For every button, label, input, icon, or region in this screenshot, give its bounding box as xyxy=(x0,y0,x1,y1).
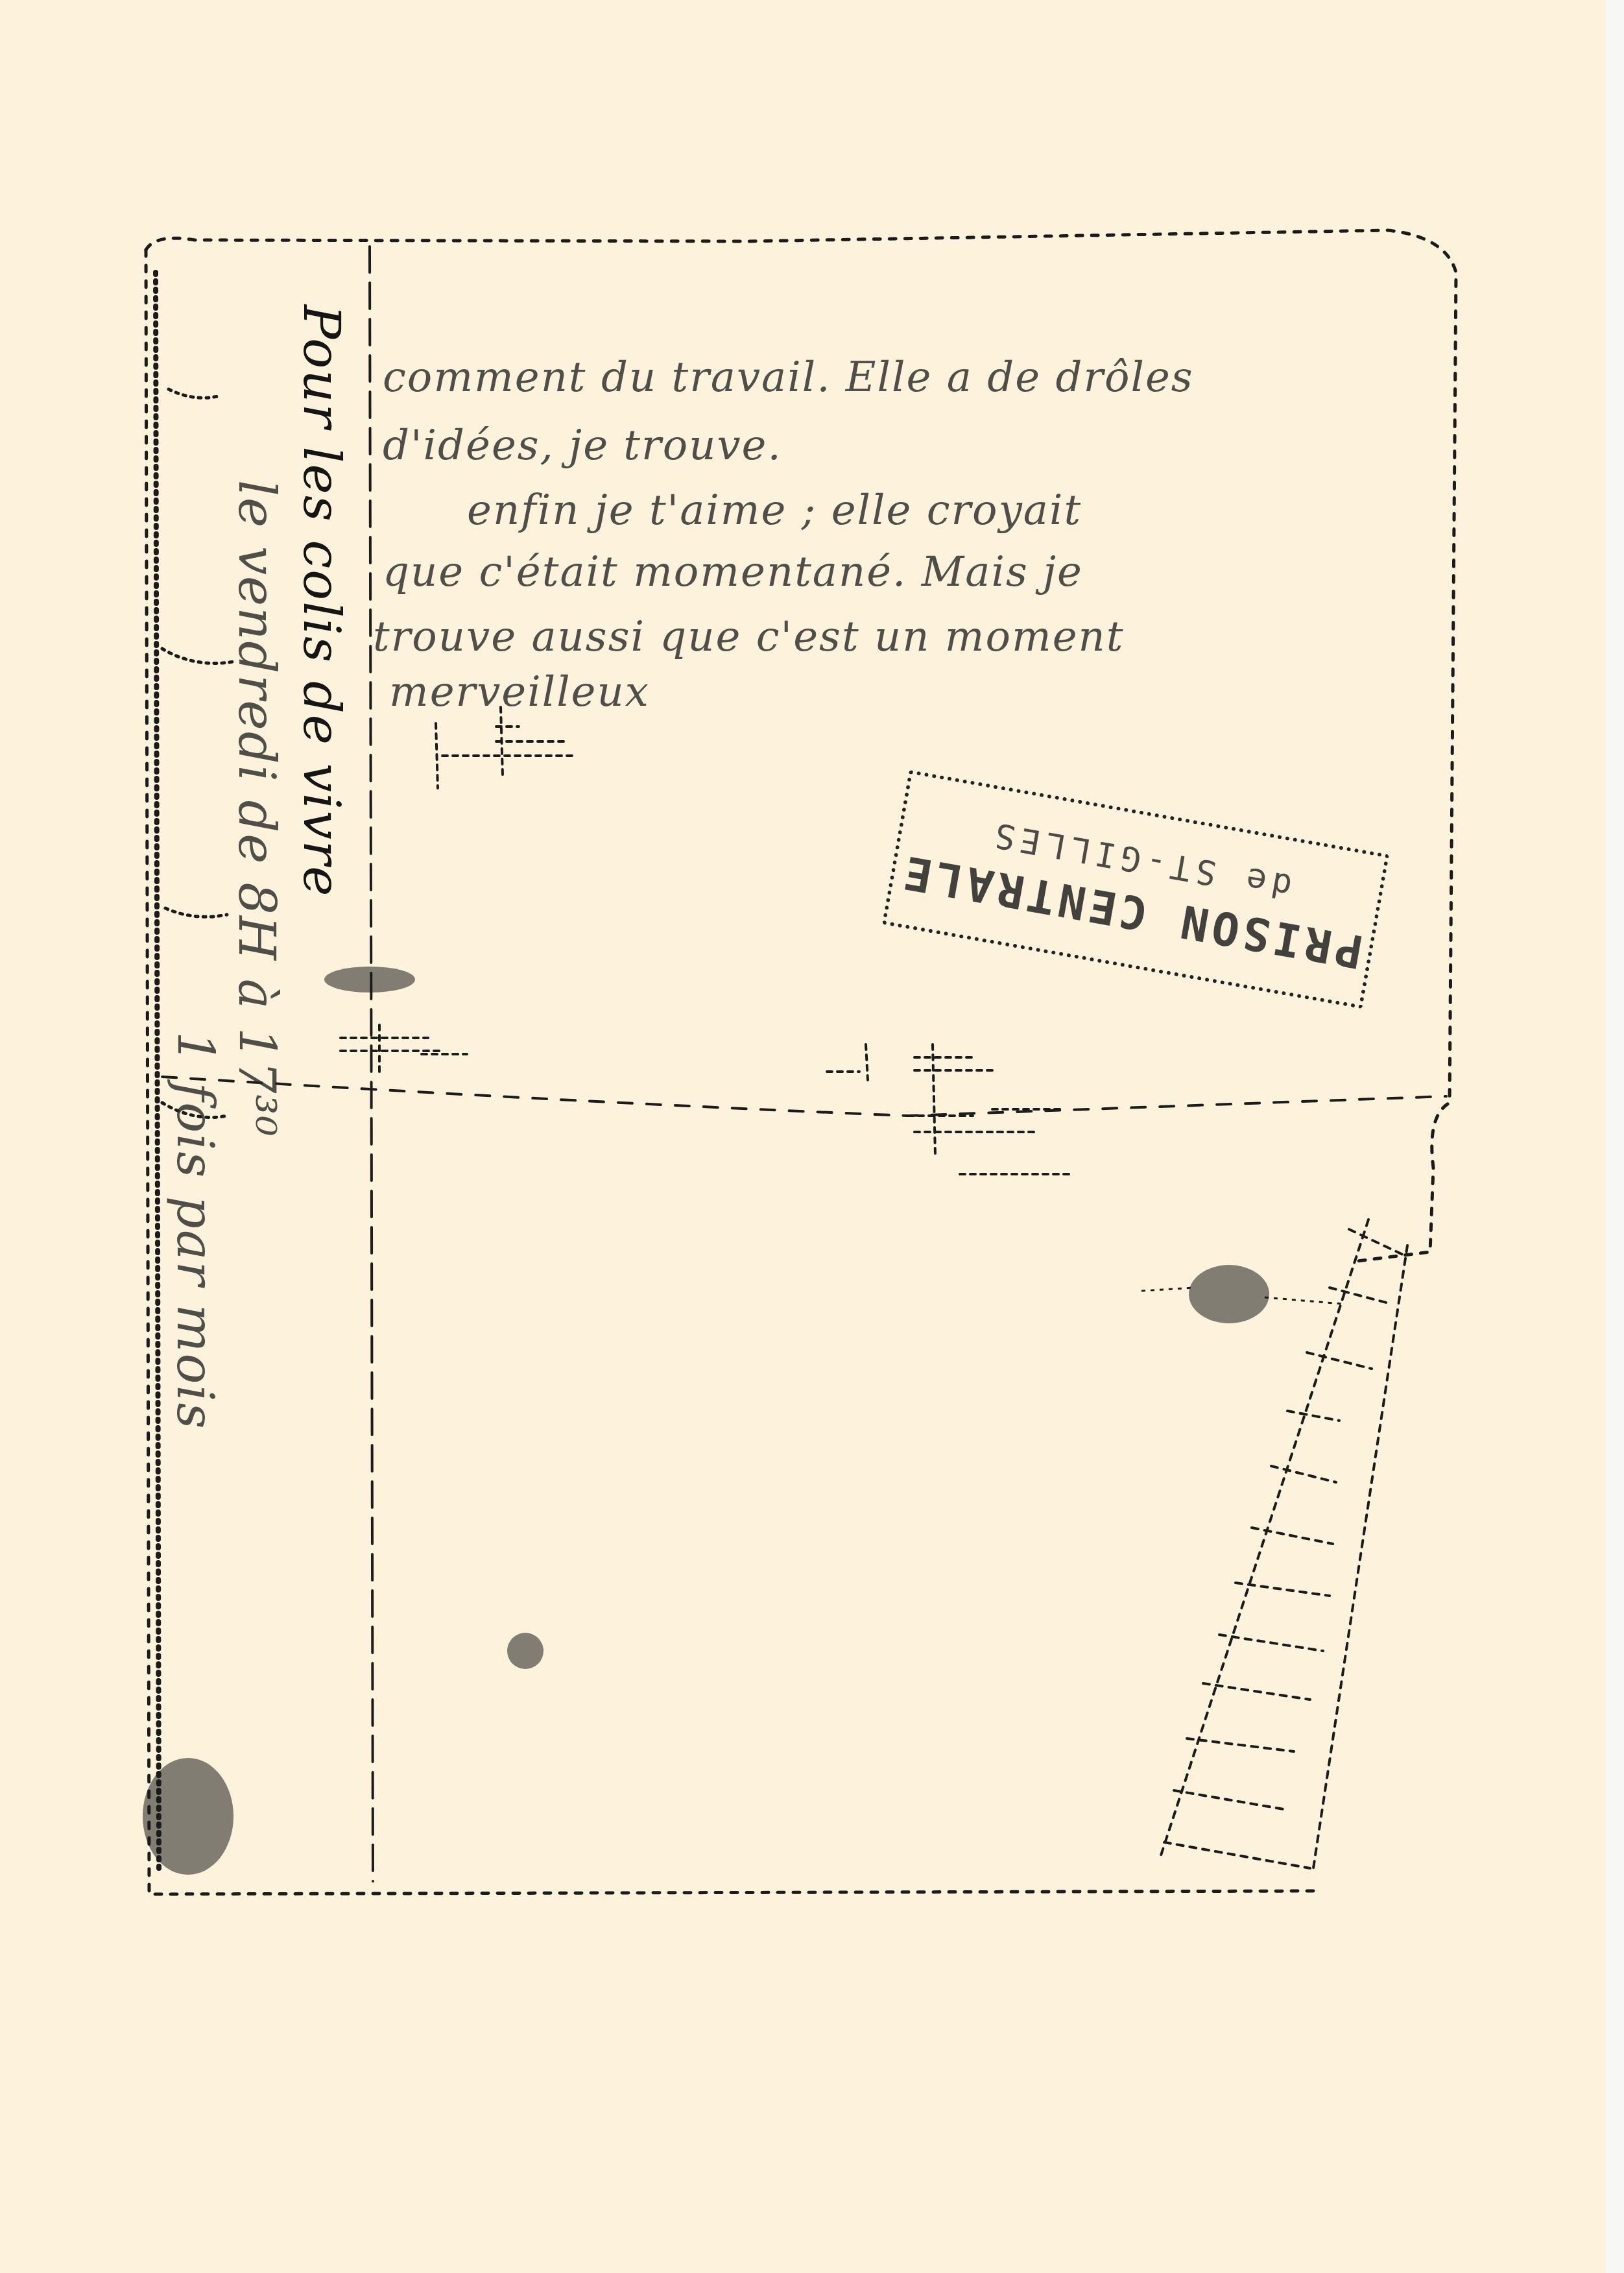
margin-note-line-1: Pour les colis de vivre xyxy=(292,305,350,897)
margin-note-line-3: 1 fois par mois xyxy=(165,1031,224,1430)
fold-line xyxy=(162,1077,1446,1116)
letter-line-3: enfin je t'aime ; elle croyait xyxy=(467,487,1082,535)
cross-marks xyxy=(340,707,1070,1174)
ladder xyxy=(1161,1220,1407,1868)
margin-line xyxy=(370,247,373,1881)
margin-note-line-2: le vendredi de 8H à 17³⁰ xyxy=(227,480,285,1138)
letter-line-5: trouve aussi que c'est un moment xyxy=(373,613,1124,661)
letter-line-1: comment du travail. Elle a de drôles xyxy=(383,354,1194,402)
letter-line-2: d'idées, je trouve. xyxy=(383,422,782,470)
ink-blot xyxy=(1189,1265,1269,1323)
ink-blot xyxy=(324,967,415,992)
ink-blot xyxy=(143,1758,233,1875)
letter-line-4: que c'était momentané. Mais je xyxy=(383,548,1083,596)
scan-edge-strip xyxy=(1606,0,1624,2273)
ink-blot xyxy=(507,1633,543,1669)
letter-line-6: merveilleux xyxy=(389,668,650,716)
